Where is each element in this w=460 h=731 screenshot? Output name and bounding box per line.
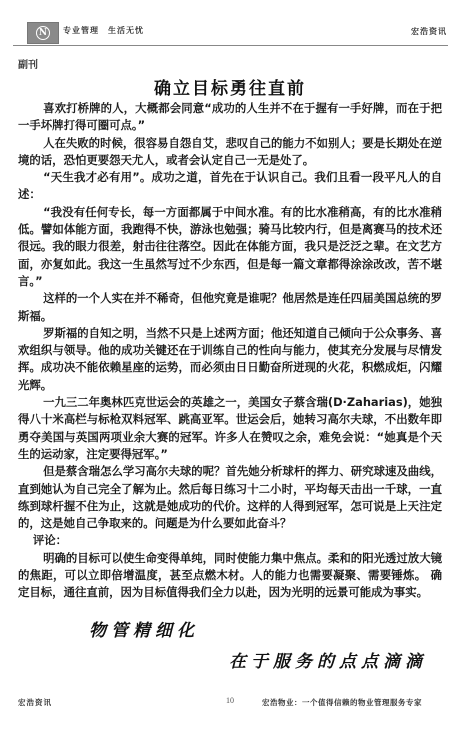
header-brand: 宏浩资讯 [411,26,447,37]
footer-brand: 宏浩资讯 [18,697,52,708]
paragraph: 罗斯福的自知之明，当然不只是上述两方面；他还知道自己倾向于公众事务、喜欢组织与领… [18,325,442,394]
paragraph: 喜欢打桥牌的人，大概都会同意“成功的人生并不在于握有一手好牌，而在于把一手坏牌打… [18,100,442,135]
paragraph: “天生我才必有用”。成功之道，首先在于认识自己。我们且看一段平凡人的自述： [18,169,442,204]
paragraph: 人在失败的时候，很容易自怨自艾，悲叹自己的能力不如别人；要是长期处在逆境的话，恐… [18,135,442,170]
slogan-line-2: 在于服务的点点滴滴 [229,647,427,672]
page-number: 10 [226,696,234,705]
paragraph: 一九三二年奥林匹克世运会的英雄之一，美国女子蔡含瑞(D·Zaharias)，她独… [18,394,442,463]
comment-label: 评论： [18,532,442,549]
header-divider [13,45,448,46]
quote-paragraph: “我没有任何专长，每一方面都属于中间水准。有的比水准稍高，有的比水准稍低。譬如体… [18,204,442,290]
footer-tagline: 宏浩物业：一个值得信赖的物业管理服务专家 [262,697,422,708]
paragraph: 但是蔡含瑞怎么学习高尔夫球的呢？首先她分析球杆的挥力、研究球速及曲线，直到她认为… [18,463,442,532]
header-slogan: 专业管理 生活无忧 [63,25,144,36]
company-logo: N [27,22,59,44]
section-label: 副刊 [18,56,38,71]
logo-emblem-icon: N [36,26,50,40]
paragraph: 这样的一个人实在并不稀奇，但他究竟是谁呢？他居然是连任四届美国总统的罗斯福。 [18,290,442,325]
slogan-line-1: 物管精细化 [89,616,199,641]
page-header: N 专业管理 生活无忧 宏浩资讯 [27,22,447,46]
article-title: 确立目标勇往直前 [0,74,460,99]
article-body: 喜欢打桥牌的人，大概都会同意“成功的人生并不在于握有一手好牌，而在于把一手坏牌打… [18,100,442,602]
comment-paragraph: 明确的目标可以使生命变得单纯，同时使能力集中焦点。柔和的阳光透过放大镜的焦距，可… [18,550,442,602]
